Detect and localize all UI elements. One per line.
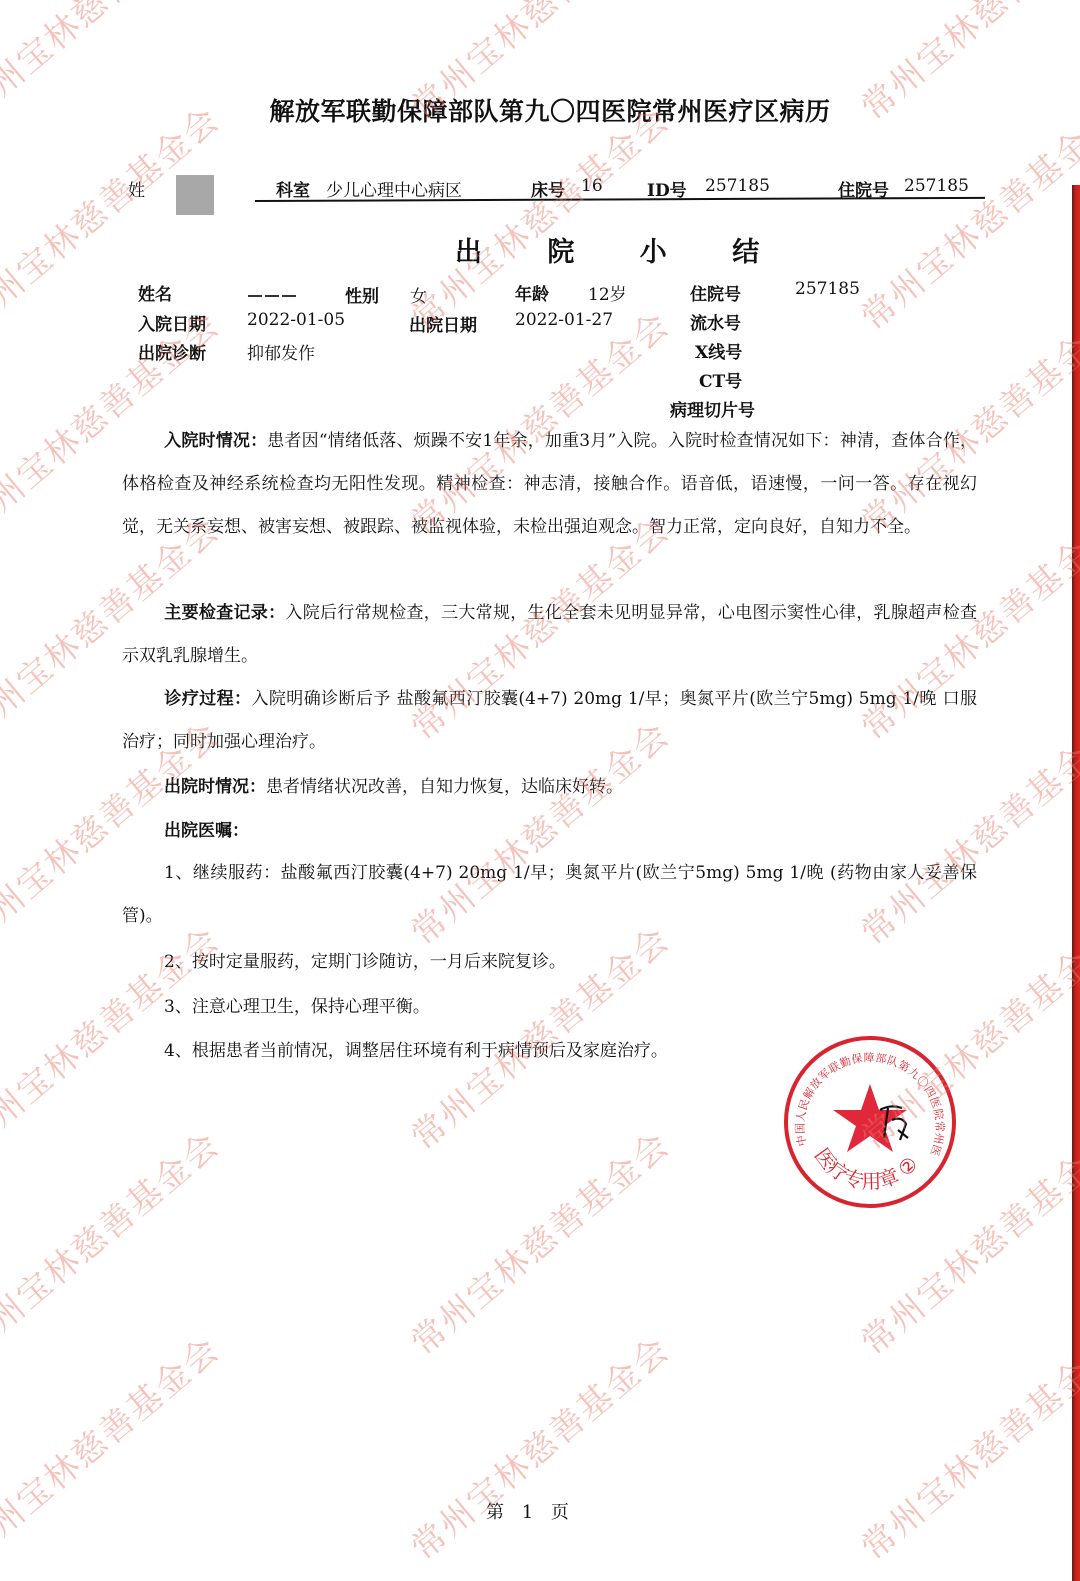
discharge-order-item-1: 1、继续服药：盐酸氟西汀胶囊(4+7) 20mg 1/早；奥氮平片(欧兰宁5mg… xyxy=(122,852,977,938)
redacted-name-block xyxy=(176,175,214,215)
exam-records-label: 主要检查记录： xyxy=(164,603,285,623)
gender-label: 性别 xyxy=(345,282,379,307)
discharge-date-value: 2022-01-27 xyxy=(515,310,613,330)
serial-no-label: 流水号 xyxy=(690,309,741,334)
order-text-4: 4、根据患者当前情况，调整居住环境有利于病情预后及家庭治疗。 xyxy=(164,1041,668,1061)
name-prefix: 姓 xyxy=(128,176,145,201)
discharge-summary-page: 解放军联勤保障部队第九〇四医院常州医疗区病历 姓 科室 少儿心理中心病区 床号 … xyxy=(0,0,1080,1581)
discharge-order-item-2: 2、按时定量服药，定期门诊随访，一月后来院复诊。 xyxy=(122,941,977,984)
department-value: 少儿心理中心病区 xyxy=(326,176,462,201)
official-seal-icon: 中国人民解放军联勤保障部队第九〇四医院常州医疗区 医疗专用章 ② xyxy=(780,1032,960,1212)
name-label: 姓名 xyxy=(138,280,172,305)
discharge-status-label: 出院时情况： xyxy=(164,777,266,797)
masked-patient-name xyxy=(248,288,308,298)
pathology-no-label: 病理切片号 xyxy=(670,396,755,421)
watermark: 常州宝林慈善基金会 xyxy=(0,1323,228,1569)
admit-date-label: 入院日期 xyxy=(138,310,206,335)
discharge-date-label: 出院日期 xyxy=(409,311,477,336)
section-admission-status: 入院时情况：患者因“情绪低落、烦躁不安1年余，加重3月”入院。入院时检查情况如下… xyxy=(122,420,977,549)
discharge-orders-label: 出院医嘱： xyxy=(164,821,249,841)
age-label: 年龄 xyxy=(515,280,549,305)
bed-value: 16 xyxy=(581,176,603,196)
watermark: 常州宝林慈善基金会 xyxy=(0,93,228,339)
record-header: 姓 科室 少儿心理中心病区 床号 16 ID号 257185 住院号 25718… xyxy=(0,172,1080,206)
section-discharge-status: 出院时情况：患者情绪状况改善，自知力恢复，达临床好转。 xyxy=(122,766,977,809)
ct-no-label: CT号 xyxy=(699,367,742,392)
document-edge-shadow xyxy=(1072,185,1080,1581)
summary-title: 出 院 小 结 xyxy=(455,230,787,269)
order-text-2: 2、按时定量服药，定期门诊随访，一月后来院复诊。 xyxy=(164,952,566,972)
watermark: 常州宝林慈善基金会 xyxy=(849,1323,1080,1569)
watermark: 常州宝林慈善基金会 xyxy=(849,93,1080,339)
xray-no-label: X线号 xyxy=(695,338,742,363)
section-discharge-orders-heading: 出院医嘱： xyxy=(122,810,977,853)
diagnosis-label: 出院诊断 xyxy=(138,339,206,364)
discharge-status-text: 患者情绪状况改善，自知力恢复，达临床好转。 xyxy=(266,777,623,797)
department-label: 科室 xyxy=(276,176,310,201)
discharge-order-item-3: 3、注意心理卫生，保持心理平衡。 xyxy=(122,986,977,1029)
inpatient-no-value: 257185 xyxy=(795,279,860,299)
age-value: 12岁 xyxy=(588,280,627,305)
admission-status-label: 入院时情况： xyxy=(164,431,267,451)
bed-label: 床号 xyxy=(531,176,565,201)
page-number: 第 1 页 xyxy=(486,1498,575,1524)
gender-value: 女 xyxy=(410,282,427,307)
treatment-text: 入院明确诊断后予 盐酸氟西汀胶囊(4+7) 20mg 1/早；奥氮平片(欧兰宁5… xyxy=(122,689,977,752)
diagnosis-value: 抑郁发作 xyxy=(247,339,315,364)
order-text-3: 3、注意心理卫生，保持心理平衡。 xyxy=(164,997,430,1017)
admit-date-value: 2022-01-05 xyxy=(247,310,345,330)
watermark: 常州宝林慈善基金会 xyxy=(0,1118,228,1364)
treatment-label: 诊疗过程： xyxy=(164,689,251,709)
inpatient-no-label: 住院号 xyxy=(690,280,741,305)
order-text-1: 1、继续服药：盐酸氟西汀胶囊(4+7) 20mg 1/早；奥氮平片(欧兰宁5mg… xyxy=(122,863,977,926)
id-value: 257185 xyxy=(705,176,770,196)
watermark: 常州宝林慈善基金会 xyxy=(399,1323,679,1569)
watermark: 常州宝林慈善基金会 xyxy=(399,1118,679,1364)
admission-no-value: 257185 xyxy=(904,176,969,196)
hospital-title: 解放军联勤保障部队第九〇四医院常州医疗区病历 xyxy=(0,92,1080,128)
section-exam-records: 主要检查记录：入院后行常规检查，三大常规，生化全套未见明显异常，心电图示窦性心律… xyxy=(122,592,977,678)
svg-text:医疗专用章 ②: 医疗专用章 ② xyxy=(810,1143,923,1193)
section-treatment: 诊疗过程：入院明确诊断后予 盐酸氟西汀胶囊(4+7) 20mg 1/早；奥氮平片… xyxy=(122,678,977,764)
